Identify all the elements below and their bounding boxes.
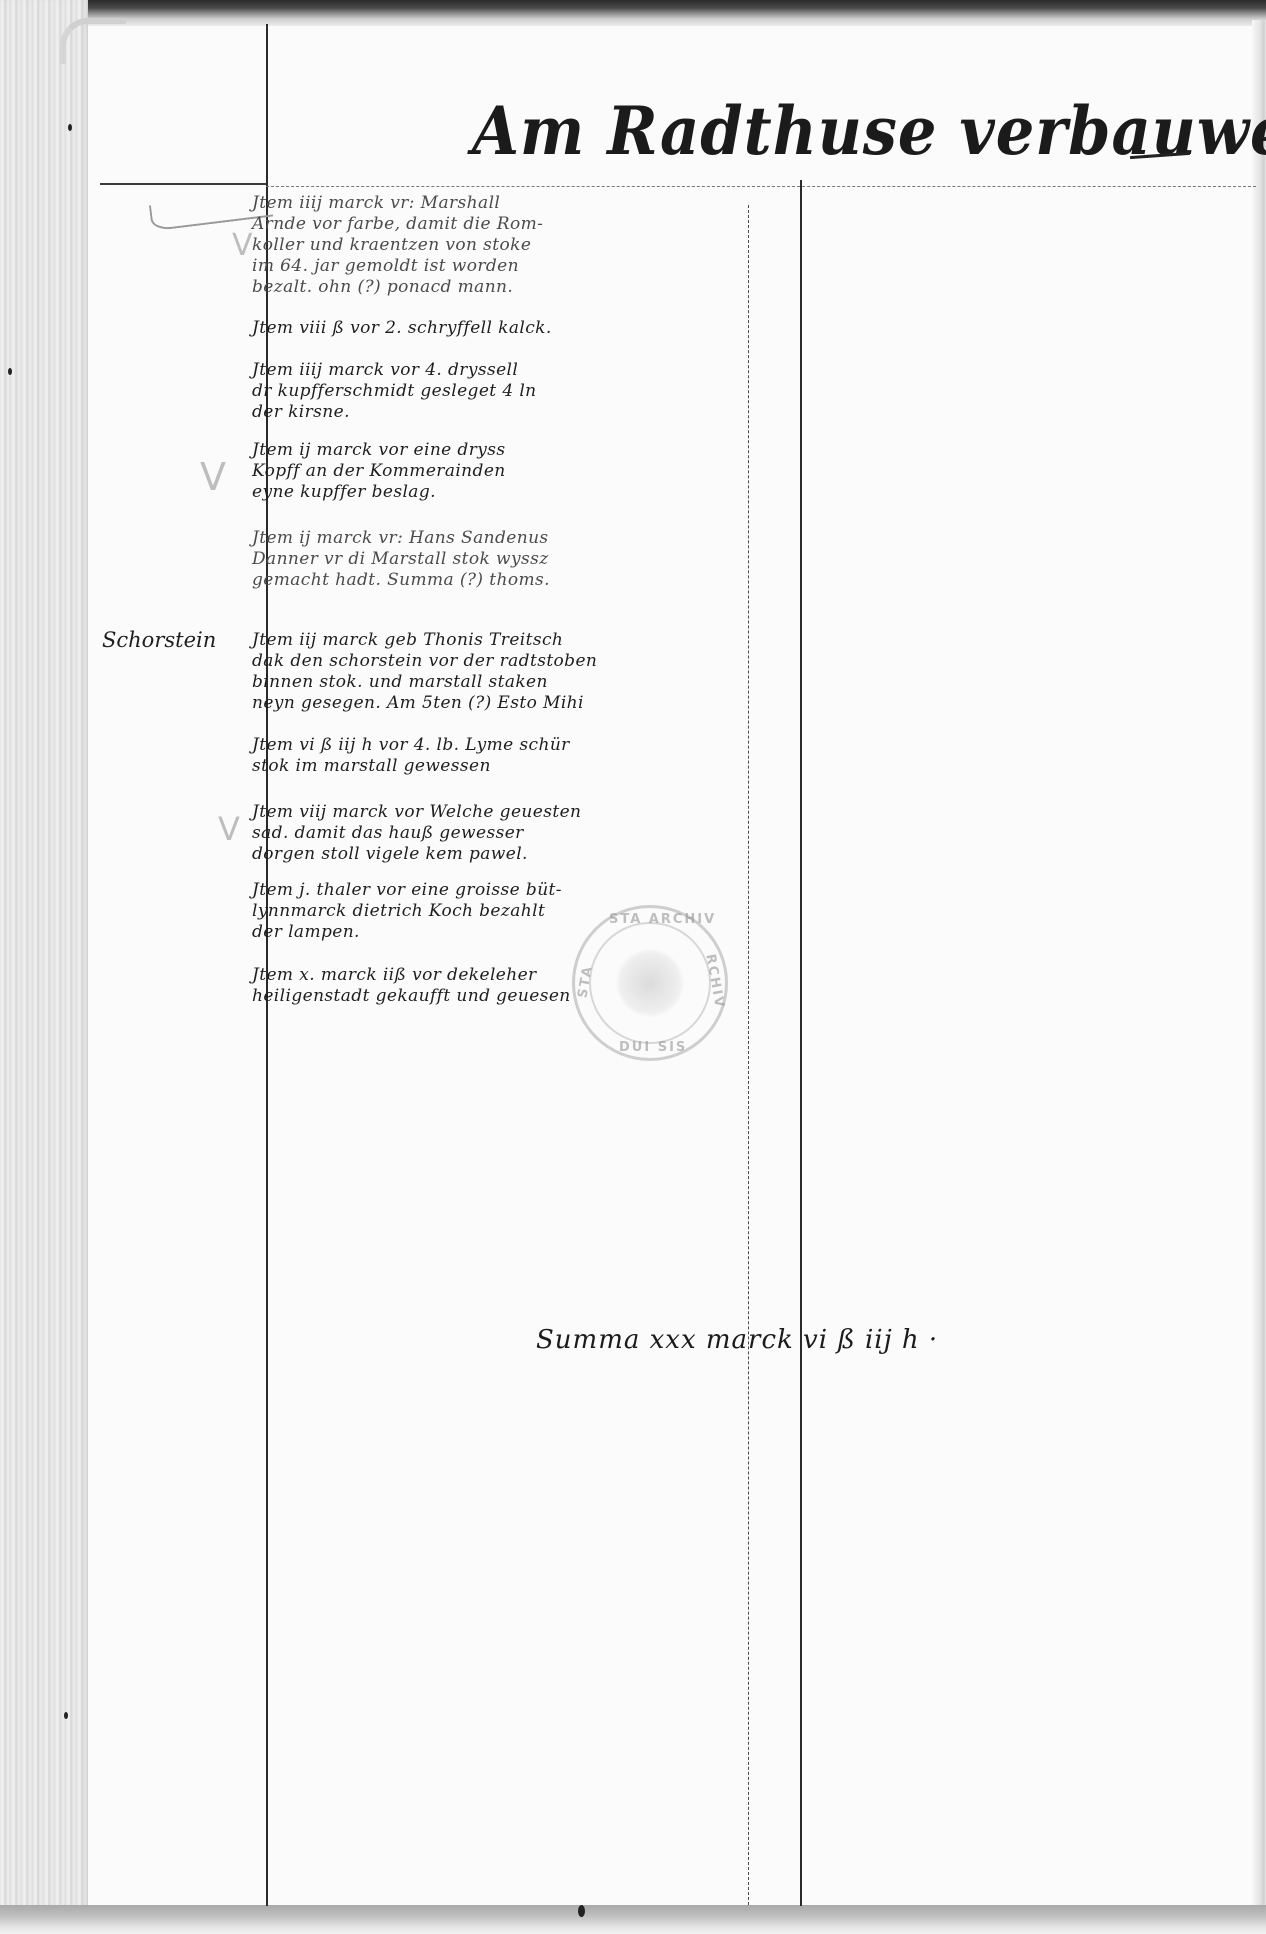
- ink-speck: [64, 1712, 68, 1719]
- entry-line: dr kupfferschmidt gesleget 4 ln: [252, 381, 772, 402]
- page-right-edge: [1252, 20, 1266, 1910]
- entry-line: gemacht hadt. Summa (?) thoms.: [252, 570, 772, 591]
- amount-column-rule: [800, 180, 802, 1906]
- page-top-edge: [0, 0, 1266, 26]
- entry-line: sad. damit das hauß gewesser: [252, 823, 772, 844]
- ledger-entry: Jtem iiij marck vr: Marshall Arnde vor f…: [252, 193, 772, 298]
- ledger-entry: Jtem viii ß vor 2. schryffell kalck.: [252, 318, 772, 339]
- ledger-entry: Jtem viij marck vor Welche geuesten sad.…: [252, 802, 772, 865]
- page-left-edge: [0, 0, 88, 1934]
- checkmark-icon: V: [218, 810, 240, 848]
- archive-stamp: STA ARCHIV STA RCHIV DUI SIS: [572, 905, 728, 1061]
- entry-line: Jtem ij marck vor eine dryss: [252, 440, 772, 461]
- entry-line: Kopff an der Kommerainden: [252, 461, 772, 482]
- entry-line: dorgen stoll vigele kem pawel.: [252, 844, 772, 865]
- ledger-entry: Jtem vi ß iij h vor 4. lb. Lyme schür st…: [252, 735, 772, 777]
- entry-line: Jtem viij marck vor Welche geuesten: [252, 802, 772, 823]
- entry-line: neyn gesegen. Am 5ten (?) Esto Mihi: [252, 693, 772, 714]
- page-bottom-edge: [0, 1905, 1266, 1934]
- sum-total: Summa xxx marck vi ß iij h ·: [536, 1325, 938, 1355]
- entry-line: Jtem iiij marck vor 4. dryssell: [252, 360, 772, 381]
- ink-speck: [578, 1905, 585, 1917]
- ledger-entry: Jtem iij marck geb Thonis Treitsch dak d…: [252, 630, 772, 714]
- entry-line: Jtem ij marck vr: Hans Sandenus: [252, 528, 772, 549]
- checkmark-icon: V: [232, 228, 253, 263]
- ink-speck: [8, 368, 12, 375]
- entry-line: Jtem iiij marck vr: Marshall: [252, 193, 772, 214]
- stamp-lion-emblem-icon: [615, 948, 685, 1018]
- ledger-entry: Jtem ij marck vor eine dryss Kopff an de…: [252, 440, 772, 503]
- stamp-bottom-text: DUI SIS: [619, 1040, 687, 1055]
- entry-line: Danner vr di Marstall stok wyssz: [252, 549, 772, 570]
- page-title: Am Radthuse verbauwedtt: [472, 92, 1266, 170]
- manuscript-page: Am Radthuse verbauwedtt V V V Schorstein…: [0, 0, 1266, 1934]
- entry-line: der kirsne.: [252, 402, 772, 423]
- entry-line: binnen stok. und marstall staken: [252, 672, 772, 693]
- checkmark-icon: V: [200, 455, 226, 499]
- stamp-top-text: STA ARCHIV: [609, 912, 716, 927]
- header-rule-right: [266, 186, 1256, 187]
- entry-line: dak den schorstein vor der radtstoben: [252, 651, 772, 672]
- entry-line: koller und kraentzen von stoke: [252, 235, 772, 256]
- entry-line: stok im marstall gewessen: [252, 756, 772, 777]
- ledger-entry: Jtem iiij marck vor 4. dryssell dr kupff…: [252, 360, 772, 423]
- entry-line: Jtem vi ß iij h vor 4. lb. Lyme schür: [252, 735, 772, 756]
- header-rule-left: [100, 183, 266, 185]
- entry-line: Jtem iij marck geb Thonis Treitsch: [252, 630, 772, 651]
- entry-line: im 64. jar gemoldt ist worden: [252, 256, 772, 277]
- entry-line: Jtem j. thaler vor eine groisse büt-: [252, 880, 772, 901]
- ink-speck: [68, 124, 72, 131]
- page-corner-curve: [60, 18, 126, 64]
- entry-line: Arnde vor farbe, damit die Rom-: [252, 214, 772, 235]
- entry-line: eyne kupffer beslag.: [252, 482, 772, 503]
- ledger-entry: Jtem ij marck vr: Hans Sandenus Danner v…: [252, 528, 772, 591]
- margin-note: Schorstein: [102, 628, 216, 652]
- entry-line: bezalt. ohn (?) ponacd mann.: [252, 277, 772, 298]
- entry-line: Jtem viii ß vor 2. schryffell kalck.: [252, 318, 772, 339]
